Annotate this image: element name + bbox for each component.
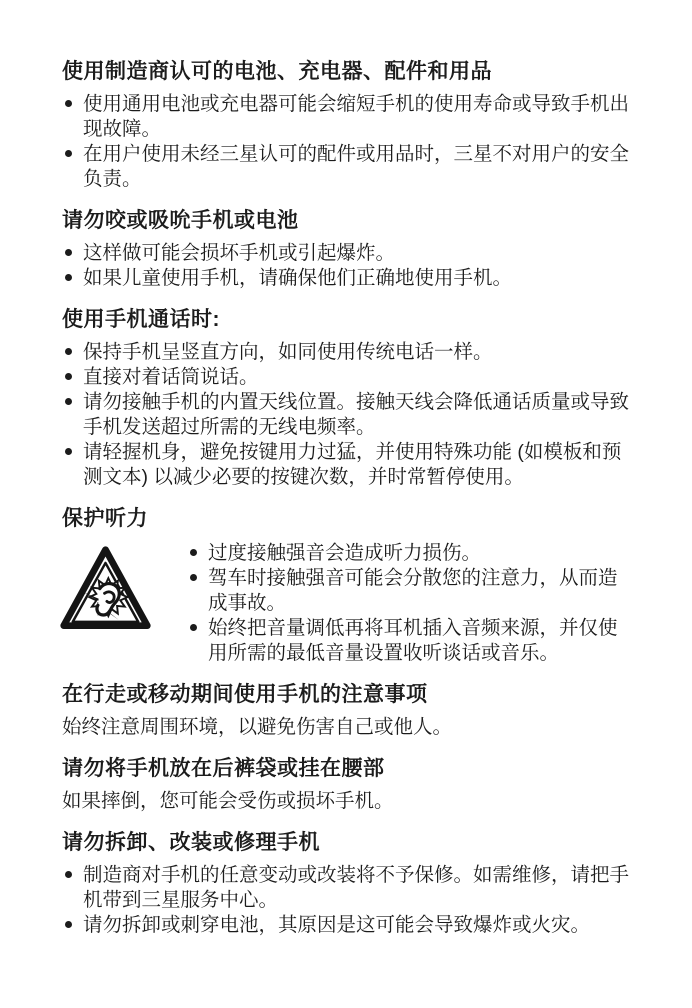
safety-section: 使用手机通话时:保持手机呈竖直方向，如同使用传统电话一样。直接对着话筒说话。请勿… xyxy=(62,306,632,490)
section-heading: 请勿拆卸、改装或修理手机 xyxy=(62,829,632,856)
section-heading: 请勿将手机放在后裤袋或挂在腰部 xyxy=(62,755,632,782)
bullet-item: 制造商对手机的任意变动或改装将不予保修。如需维修，请把手机带到三星服务中心。 xyxy=(62,863,632,913)
bullet-item: 请勿拆卸或刺穿电池，其原因是这可能会导致爆炸或火灾。 xyxy=(62,913,632,938)
safety-section: 请勿咬或吸吮手机或电池这样做可能会损坏手机或引起爆炸。如果儿童使用手机，请确保他… xyxy=(62,207,632,291)
bullet-text: 在用户使用未经三星认可的配件或用品时，三星不对用户的安全负责。 xyxy=(83,143,629,190)
safety-section: 保护听力 过度接触强音会造成听力损伤。驾车时接触强音可能会分散您的注意力，从而造… xyxy=(62,505,632,666)
bullet-list: 制造商对手机的任意变动或改装将不予保修。如需维修，请把手机带到三星服务中心。请勿… xyxy=(62,863,632,938)
section-paragraph: 如果摔倒，您可能会受伤或损坏手机。 xyxy=(62,789,632,814)
bullet-list: 这样做可能会损坏手机或引起爆炸。如果儿童使用手机，请确保他们正确地使用手机。 xyxy=(62,241,632,291)
bullet-icon xyxy=(65,871,72,878)
bullet-icon xyxy=(65,373,72,380)
bullet-icon xyxy=(65,100,72,107)
bullet-item: 过度接触强音会造成听力损伤。 xyxy=(187,541,632,566)
bullet-item: 始终把音量调低再将耳机插入音频来源，并仅使用所需的最低音量设置收听谈话或音乐。 xyxy=(187,616,632,666)
bullet-icon xyxy=(65,921,72,928)
section-heading: 保护听力 xyxy=(62,505,632,532)
bullet-icon xyxy=(190,549,197,556)
bullet-text: 请轻握机身，避免按键用力过猛，并使用特殊功能 (如模板和预测文本) 以减少必要的… xyxy=(83,441,621,488)
bullet-icon xyxy=(190,574,197,581)
bullet-icon xyxy=(65,150,72,157)
bullet-text: 使用通用电池或充电器可能会缩短手机的使用寿命或导致手机出现故障。 xyxy=(83,93,629,140)
bullet-text: 保持手机呈竖直方向，如同使用传统电话一样。 xyxy=(83,341,493,363)
bullet-text: 请勿接触手机的内置天线位置。接触天线会降低通话质量或导致手机发送超过所需的无线电… xyxy=(83,391,629,438)
safety-section: 请勿将手机放在后裤袋或挂在腰部如果摔倒，您可能会受伤或损坏手机。 xyxy=(62,755,632,814)
bullet-list: 使用通用电池或充电器可能会缩短手机的使用寿命或导致手机出现故障。在用户使用未经三… xyxy=(62,92,632,192)
section-paragraph: 始终注意周围环境，以避免伤害自己或他人。 xyxy=(62,715,632,740)
bullet-list: 过度接触强音会造成听力损伤。驾车时接触强音可能会分散您的注意力，从而造成事故。始… xyxy=(187,539,632,666)
bullet-icon xyxy=(65,249,72,256)
bullet-item: 如果儿童使用手机，请确保他们正确地使用手机。 xyxy=(62,266,632,291)
bullet-item: 直接对着话筒说话。 xyxy=(62,365,632,390)
safety-section: 使用制造商认可的电池、充电器、配件和用品使用通用电池或充电器可能会缩短手机的使用… xyxy=(62,58,632,192)
safety-section: 在行走或移动期间使用手机的注意事项始终注意周围环境，以避免伤害自己或他人。 xyxy=(62,681,632,740)
bullet-icon xyxy=(65,398,72,405)
bullet-text: 直接对着话筒说话。 xyxy=(83,366,259,388)
bullet-text: 如果儿童使用手机，请确保他们正确地使用手机。 xyxy=(83,267,512,289)
section-heading: 在行走或移动期间使用手机的注意事项 xyxy=(62,681,632,708)
bullet-text: 过度接触强音会造成听力损伤。 xyxy=(208,542,481,564)
bullet-item: 保持手机呈竖直方向，如同使用传统电话一样。 xyxy=(62,340,632,365)
bullet-list: 保持手机呈竖直方向，如同使用传统电话一样。直接对着话筒说话。请勿接触手机的内置天… xyxy=(62,340,632,490)
bullet-text: 请勿拆卸或刺穿电池，其原因是这可能会导致爆炸或火灾。 xyxy=(83,914,590,936)
section-heading: 使用手机通话时: xyxy=(62,306,632,333)
bullet-text: 始终把音量调低再将耳机插入音频来源，并仅使用所需的最低音量设置收听谈话或音乐。 xyxy=(208,617,618,664)
bullet-icon xyxy=(190,624,197,631)
bullet-item: 使用通用电池或充电器可能会缩短手机的使用寿命或导致手机出现故障。 xyxy=(62,92,632,142)
section-body: 过度接触强音会造成听力损伤。驾车时接触强音可能会分散您的注意力，从而造成事故。始… xyxy=(62,539,632,666)
bullet-item: 在用户使用未经三星认可的配件或用品时，三星不对用户的安全负责。 xyxy=(62,142,632,192)
section-heading: 请勿咬或吸吮手机或电池 xyxy=(62,207,632,234)
section-heading: 使用制造商认可的电池、充电器、配件和用品 xyxy=(62,58,632,85)
bullet-item: 这样做可能会损坏手机或引起爆炸。 xyxy=(62,241,632,266)
bullet-text: 驾车时接触强音可能会分散您的注意力，从而造成事故。 xyxy=(208,567,618,614)
bullet-icon xyxy=(65,274,72,281)
bullet-icon xyxy=(65,348,72,355)
bullet-icon xyxy=(65,448,72,455)
safety-instructions: 使用制造商认可的电池、充电器、配件和用品使用通用电池或充电器可能会缩短手机的使用… xyxy=(62,58,632,938)
bullet-item: 请勿接触手机的内置天线位置。接触天线会降低通话质量或导致手机发送超过所需的无线电… xyxy=(62,390,632,440)
bullet-text: 这样做可能会损坏手机或引起爆炸。 xyxy=(83,242,395,264)
manual-page: 使用制造商认可的电池、充电器、配件和用品使用通用电池或充电器可能会缩短手机的使用… xyxy=(0,0,692,1008)
bullet-text: 制造商对手机的任意变动或改装将不予保修。如需维修，请把手机带到三星服务中心。 xyxy=(83,864,629,911)
bullet-item: 请轻握机身，避免按键用力过猛，并使用特殊功能 (如模板和预测文本) 以减少必要的… xyxy=(62,440,632,490)
safety-section: 请勿拆卸、改装或修理手机制造商对手机的任意变动或改装将不予保修。如需维修，请把手… xyxy=(62,829,632,938)
hearing-damage-warning-icon xyxy=(62,539,187,638)
bullet-item: 驾车时接触强音可能会分散您的注意力，从而造成事故。 xyxy=(187,566,632,616)
